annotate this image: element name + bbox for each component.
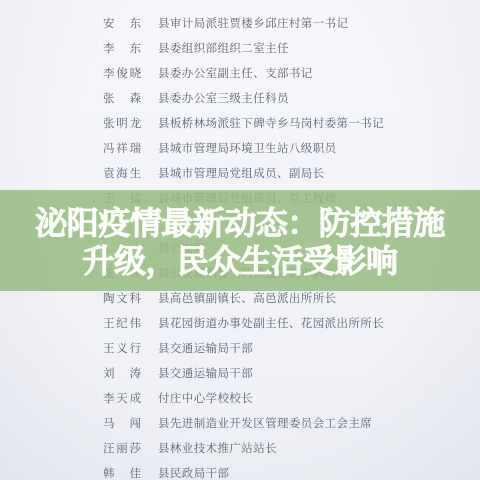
person-name: 李天成 [103, 390, 158, 406]
person-role: 县委办公室三级主任科员 [158, 90, 289, 106]
person-name: 刘 涛 [103, 365, 158, 381]
person-role: 县城市管理局党组成员、副局长 [158, 165, 325, 181]
person-role: 县板桥林场派驻下碑寺乡马岗村委第一书记 [158, 115, 384, 131]
list-item: 韩 佳 县民政局干部 [103, 460, 474, 480]
person-name: 韩 佳 [103, 465, 158, 480]
person-role: 县城市管理局环境卫生站八级职员 [158, 140, 337, 156]
person-name: 汪丽莎 [103, 440, 158, 456]
list-item: 冯祥瑞 县城市管理局环境卫生站八级职员 [103, 135, 474, 160]
person-name: 张 森 [103, 90, 158, 106]
list-item: 袁海生 县城市管理局党组成员、副局长 [103, 160, 474, 185]
person-role: 县先进制造业开发区管理委员会工会主席 [158, 415, 372, 431]
person-name: 马 闯 [103, 415, 158, 431]
person-name: 王义行 [103, 340, 158, 356]
person-role: 县高邑镇副镇长、高邑派出所所长 [158, 290, 337, 306]
person-name: 李俊晓 [103, 65, 158, 81]
list-item: 马 闯 县先进制造业开发区管理委员会工会主席 [103, 410, 474, 435]
person-role: 县民政局干部 [158, 465, 229, 480]
list-item: 汪丽莎 县林业技术推广站站长 [103, 435, 474, 460]
list-item: 李俊晓 县委办公室副主任、支部书记 [103, 60, 474, 85]
list-item: 王义行 县交通运输局干部 [103, 335, 474, 360]
person-role: 县委办公室副主任、支部书记 [158, 65, 313, 81]
person-name: 袁海生 [103, 165, 158, 181]
person-name: 王纪伟 [103, 315, 158, 331]
person-role: 县委组织部组织二室主任 [158, 40, 289, 56]
person-role: 付庄中心学校校长 [158, 390, 253, 406]
list-item: 张明龙 县板桥林场派驻下碑寺乡马岗村委第一书记 [103, 110, 474, 135]
headline-banner: 泌阳疫情最新动态：防控措施 升级，民众生活受影响 [0, 190, 480, 291]
list-item: 王纪伟 县花园街道办事处副主任、花园派出所所长 [103, 310, 474, 335]
news-thumbnail-image: 安 东 县审计局派驻贾楼乡邱庄村第一书记 李 东 县委组织部组织二室主任 李俊晓… [0, 0, 480, 480]
list-item: 张 森 县委办公室三级主任科员 [103, 85, 474, 110]
person-name: 陶文科 [103, 290, 158, 306]
list-item: 刘 涛 县交通运输局干部 [103, 360, 474, 385]
person-role: 县林业技术推广站站长 [158, 440, 277, 456]
list-item: 安 东 县审计局派驻贾楼乡邱庄村第一书记 [103, 10, 474, 35]
person-name: 安 东 [103, 15, 158, 31]
list-item: 李 东 县委组织部组织二室主任 [103, 35, 474, 60]
person-name: 李 东 [103, 40, 158, 56]
person-role: 县审计局派驻贾楼乡邱庄村第一书记 [158, 15, 348, 31]
person-role: 县交通运输局干部 [158, 340, 253, 356]
list-item: 李天成 付庄中心学校校长 [103, 385, 474, 410]
person-name: 张明龙 [103, 115, 158, 131]
headline-line2: 升级，民众生活受影响 [0, 242, 480, 280]
person-role: 县交通运输局干部 [158, 365, 253, 381]
headline-line1: 泌阳疫情最新动态：防控措施 [0, 204, 480, 242]
person-role: 县花园街道办事处副主任、花园派出所所长 [158, 315, 384, 331]
person-name: 冯祥瑞 [103, 140, 158, 156]
